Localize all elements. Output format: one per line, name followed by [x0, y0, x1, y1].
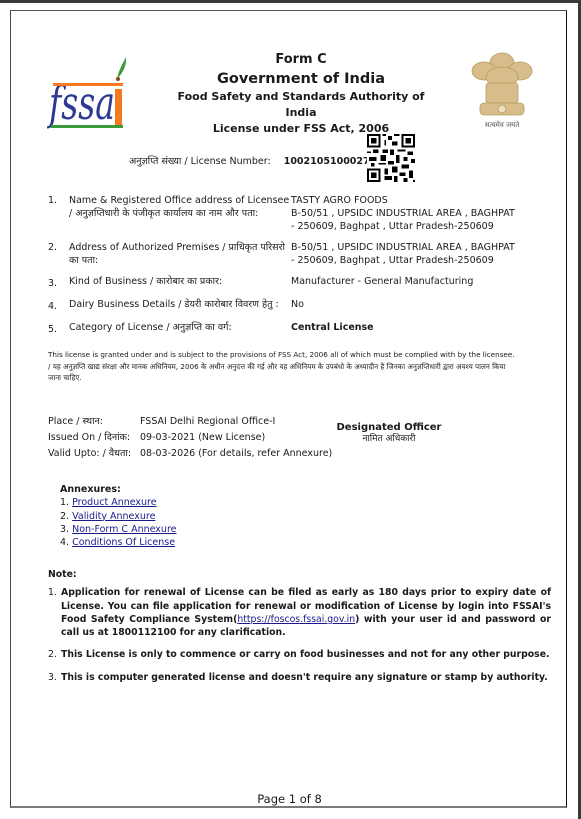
note-section: Note: 1. Application for renewal of Lice…: [48, 568, 551, 693]
license-disclaimer: This license is granted under and is sub…: [48, 349, 518, 384]
valid-label: Valid Upto: / वैधता:: [48, 446, 140, 462]
item-number: 1.: [48, 194, 69, 233]
license-details-list: 1.Name & Registered Office address of Li…: [48, 194, 568, 344]
officer-title-hindi: नामित अधिकारी: [329, 434, 449, 445]
annexure-item: 4. Conditions Of License: [60, 536, 176, 549]
item-label: Name & Registered Office address of Lice…: [69, 194, 291, 233]
license-detail-row: 3.Kind of Business / कारोबार का प्रकार:M…: [48, 275, 568, 290]
issue-details: Place / स्थान:FSSAI Delhi Regional Offic…: [48, 414, 332, 462]
form-title: Form C: [161, 51, 441, 69]
item-value: TASTY AGRO FOODSB-50/51 , UPSIDC INDUSTR…: [291, 194, 568, 233]
annexure-link[interactable]: Validity Annexure: [72, 511, 155, 522]
item-number: 2.: [48, 241, 69, 267]
viewer-top-bar: [0, 0, 581, 3]
annexures-section: Annexures: 1. Product Annexure2. Validit…: [60, 483, 176, 549]
annexure-link[interactable]: Non-Form C Annexure: [72, 524, 176, 535]
license-detail-row: 4.Dairy Business Details / डेयरी कारोबार…: [48, 298, 568, 313]
license-detail-row: 1.Name & Registered Office address of Li…: [48, 194, 568, 233]
place-value: FSSAI Delhi Regional Office-I: [140, 414, 275, 430]
document-header: Form C Government of India Food Safety a…: [161, 51, 441, 137]
issued-label: Issued On / दिनांक:: [48, 430, 140, 446]
item-value: Central License: [291, 321, 568, 336]
item-value: No: [291, 298, 568, 313]
government-title: Government of India: [161, 69, 441, 89]
license-number-value: 10021051000278: [284, 156, 377, 167]
document-page: fssa सत्यमेव जयते Form C Government of I…: [10, 10, 567, 808]
item-value: Manufacturer - General Manufacturing: [291, 275, 568, 290]
foscos-link[interactable]: https://foscos.fssai.gov.in: [237, 614, 355, 625]
annexure-item: 2. Validity Annexure: [60, 510, 176, 523]
annexure-item: 1. Product Annexure: [60, 496, 176, 509]
national-emblem-icon: सत्यमेव जयते: [468, 47, 536, 131]
item-value: B-50/51 , UPSIDC INDUSTRIAL AREA , BAGHP…: [291, 241, 568, 267]
fssai-logo-icon: fssa: [47, 49, 129, 131]
license-detail-row: 2.Address of Authorized Premises / प्राध…: [48, 241, 568, 267]
annexures-title: Annexures:: [60, 483, 176, 496]
item-label: Kind of Business / कारोबार का प्रकार:: [69, 275, 291, 290]
issued-value: 09-03-2021 (New License): [140, 430, 265, 446]
annexure-link[interactable]: Conditions Of License: [72, 537, 175, 548]
note-title: Note:: [48, 568, 551, 581]
annexure-item: 3. Non-Form C Annexure: [60, 523, 176, 536]
page-number: Page 1 of 8: [11, 792, 568, 806]
license-detail-row: 5.Category of License / अनुज्ञप्ति का वर…: [48, 321, 568, 336]
note-item: 1. Application for renewal of License ca…: [48, 586, 551, 639]
license-number-row: अनुज्ञप्ति संख्या / License Number: 1002…: [129, 154, 376, 167]
annexure-link[interactable]: Product Annexure: [72, 497, 157, 508]
item-number: 3.: [48, 275, 69, 290]
item-label: Dairy Business Details / डेयरी कारोबार व…: [69, 298, 291, 313]
valid-value: 08-03-2026 (For details, refer Annexure): [140, 446, 332, 462]
authority-title: Food Safety and Standards Authority of I…: [161, 89, 441, 121]
designated-officer: Designated Officer नामित अधिकारी: [329, 422, 449, 445]
item-number: 4.: [48, 298, 69, 313]
qr-code-icon: [367, 134, 415, 182]
svg-text:सत्यमेव जयते: सत्यमेव जयते: [485, 120, 520, 129]
item-number: 5.: [48, 321, 69, 336]
item-label: Address of Authorized Premises / प्राधिक…: [69, 241, 291, 267]
note-item: 2. This License is only to commence or c…: [48, 648, 551, 661]
officer-title: Designated Officer: [329, 422, 449, 434]
license-number-label: अनुज्ञप्ति संख्या / License Number:: [129, 154, 271, 167]
place-label: Place / स्थान:: [48, 414, 140, 430]
item-label: Category of License / अनुज्ञप्ति का वर्ग…: [69, 321, 291, 336]
note-item: 3. This is computer generated license an…: [48, 671, 551, 684]
